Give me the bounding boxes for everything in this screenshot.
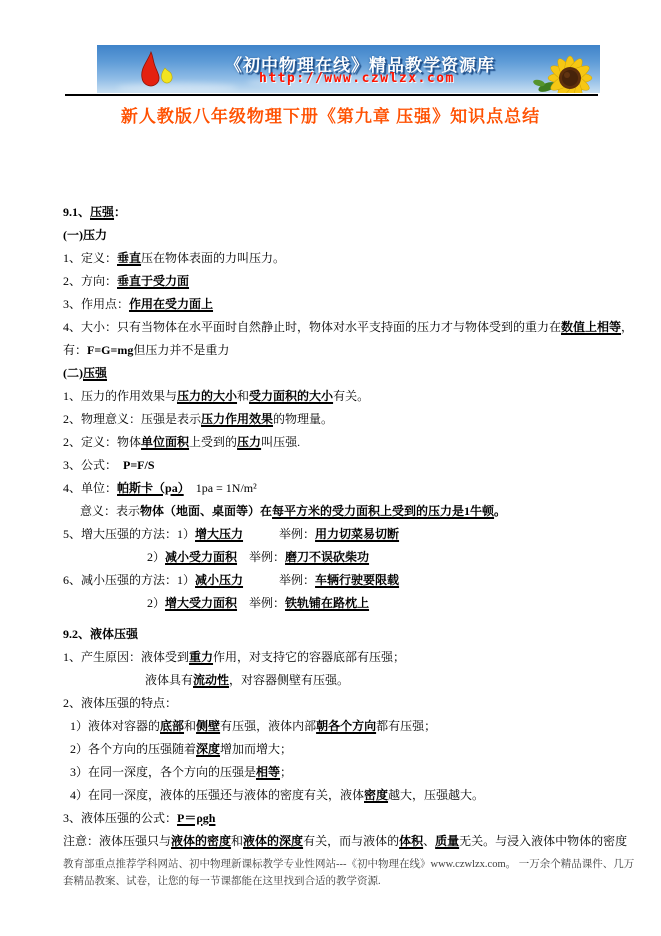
doc-line: 3、公式： P=F/S xyxy=(63,454,648,477)
doc-line: 4、单位：帕斯卡（pa） 1pa = 1N/m² xyxy=(63,477,648,500)
doc-line: 注意：液体压强只与液体的密度和液体的深度有关，而与液体的体积、质量无关。与浸入液… xyxy=(63,830,648,853)
site-banner: 《初中物理在线》精品教学资源库 http://www.czwlzx.com xyxy=(97,45,600,93)
text-run: 密度 xyxy=(364,788,388,802)
text-run: 举例： xyxy=(243,527,315,541)
text-run: 压强 xyxy=(83,366,107,380)
text-run: 体积 xyxy=(399,834,423,848)
text-run: 注意：液体压强只与 xyxy=(63,834,171,848)
text-run: F=G=mg xyxy=(87,343,133,357)
text-run: 液体的深度 xyxy=(243,834,303,848)
document-page: 《初中物理在线》精品教学资源库 http://www.czwlzx.com xyxy=(0,0,661,936)
text-run: 2） xyxy=(147,550,165,564)
text-run: (二) xyxy=(63,366,83,380)
text-run: 垂直于受力面 xyxy=(117,274,189,288)
text-run: ，对容器侧壁有压强。 xyxy=(229,673,349,687)
text-run: 底部 xyxy=(160,719,184,733)
doc-line: 2、定义：物体单位面积上受到的压力叫压强. xyxy=(63,431,648,454)
text-run: 越大，压强越大。 xyxy=(388,788,484,802)
text-run: 受力面积的大小 xyxy=(249,389,333,403)
doc-line: 3、作用点：作用在受力面上 xyxy=(63,293,648,316)
doc-body: 9.1、压强：(一)压力1、定义：垂直压在物体表面的力叫压力。2、方向：垂直于受… xyxy=(63,201,648,853)
text-run: 3）在同一深度，各个方向的压强是 xyxy=(70,765,256,779)
text-run: 2） xyxy=(147,596,165,610)
text-run: 9.2、液体压强 xyxy=(63,627,138,641)
text-run: 物体（地面、桌面等）在 xyxy=(140,504,272,518)
text-run: 车辆行驶要限载 xyxy=(315,573,399,587)
doc-line: 1、产生原因：液体受到重力作用，对支持它的容器底部有压强； xyxy=(63,646,648,669)
text-run: 1、定义： xyxy=(63,251,117,265)
flame-logo-icon xyxy=(135,51,181,91)
doc-line: 6、减小压强的方法：1）减小压力 举例：车辆行驶要限载 xyxy=(63,569,648,592)
text-run: 举例： xyxy=(237,550,285,564)
text-run: 垂直 xyxy=(117,251,141,265)
text-run: 液体具有 xyxy=(145,673,193,687)
text-run: 4、单位： xyxy=(63,481,117,495)
doc-line: 1、压力的作用效果与压力的大小和受力面积的大小有关。 xyxy=(63,385,648,408)
doc-line: 3）在同一深度，各个方向的压强是相等； xyxy=(63,761,648,784)
text-run: 作用，对支持它的容器底部有压强； xyxy=(213,650,405,664)
doc-line: 2、液体压强的特点： xyxy=(63,692,648,715)
doc-line: 2）减小受力面积 举例：磨刀不误砍柴功 xyxy=(63,546,648,569)
footer-line-2: 套精品教案、试卷，让您的每一节课都能在这里找到合适的教学资源. xyxy=(63,873,611,890)
text-run: 6、减小压强的方法：1） xyxy=(63,573,195,587)
text-run: 9.1、 xyxy=(63,205,90,219)
text-run: 1、产生原因：液体受到 xyxy=(63,650,189,664)
text-run: 3、液体压强的公式： xyxy=(63,811,177,825)
banner-site-url: http://www.czwlzx.com xyxy=(259,71,455,86)
text-run: 举例： xyxy=(237,596,285,610)
text-run: 1、压力的作用效果与 xyxy=(63,389,177,403)
header-divider xyxy=(65,94,598,96)
doc-line: 有：F=G=mg但压力并不是重力 xyxy=(63,339,648,362)
text-run: ： xyxy=(114,205,126,219)
text-run: 有关，而与液体的 xyxy=(303,834,399,848)
doc-line: 2）各个方向的压强随着深度增加而增大； xyxy=(63,738,648,761)
text-run: 磨刀不误砍柴功 xyxy=(285,550,369,564)
text-run: 相等 xyxy=(256,765,280,779)
text-run: 增加而增大； xyxy=(220,742,292,756)
text-run: P＝ρgh xyxy=(177,811,215,825)
text-run: 叫压强. xyxy=(261,435,300,449)
text-run: 侧壁 xyxy=(196,719,220,733)
doc-line: 1）液体对容器的底部和侧壁有压强，液体内部朝各个方向都有压强； xyxy=(63,715,648,738)
text-run: 但压力并不是重力 xyxy=(133,343,229,357)
document-title: 新人教版八年级物理下册《第九章 压强》知识点总结 xyxy=(0,102,661,127)
text-run: ， xyxy=(621,320,633,334)
doc-line: 2、物理意义：压强是表示压力作用效果的物理量。 xyxy=(63,408,648,431)
text-run: 和 xyxy=(231,834,243,848)
doc-line: 3、液体压强的公式：P＝ρgh xyxy=(63,807,648,830)
doc-line: 意义：表示物体（地面、桌面等）在每平方米的受力面积上受到的压力是1牛顿。 xyxy=(63,500,648,523)
doc-line: 9.1、压强： xyxy=(63,201,648,224)
text-run: 压强 xyxy=(90,205,114,219)
doc-line: 4）在同一深度，液体的压强还与液体的密度有关，液体密度越大，压强越大。 xyxy=(63,784,648,807)
text-run: 意义：表示 xyxy=(80,504,140,518)
doc-line: 5、增大压强的方法：1）增大压力 举例：用力切菜易切断 xyxy=(63,523,648,546)
text-run: 举例： xyxy=(243,573,315,587)
text-run: 和 xyxy=(184,719,196,733)
text-run: 帕斯卡（pa） xyxy=(117,481,184,495)
text-run: 流动性 xyxy=(193,673,229,687)
text-run: (一)压力 xyxy=(63,228,107,242)
text-run: 增大压力 xyxy=(195,527,243,541)
text-run: 1）液体对容器的 xyxy=(70,719,160,733)
text-run: 有压强，液体内部 xyxy=(220,719,316,733)
footer-line-1: 教育部重点推荐学科网站、初中物理新课标教学专业性网站---《初中物理在线》www… xyxy=(63,856,611,873)
doc-line: 1、定义：垂直压在物体表面的力叫压力。 xyxy=(63,247,648,270)
text-run: 和 xyxy=(237,389,249,403)
text-run: 压力的大小 xyxy=(177,389,237,403)
text-run: 有： xyxy=(63,343,87,357)
text-run: 增大受力面积 xyxy=(165,596,237,610)
text-run: 深度 xyxy=(196,742,220,756)
text-run: 压力作用效果 xyxy=(201,412,273,426)
text-run: 作用在受力面上 xyxy=(129,297,213,311)
text-run: ； xyxy=(280,765,292,779)
text-run: 质量 xyxy=(435,834,459,848)
text-run: 数值上相等 xyxy=(561,320,621,334)
text-run: 3、作用点： xyxy=(63,297,129,311)
text-run: 有关。 xyxy=(333,389,369,403)
text-run: 1pa = 1N/m² xyxy=(184,481,257,495)
text-run: 上受到的 xyxy=(189,435,237,449)
text-run: 重力 xyxy=(189,650,213,664)
text-run: P=F/S xyxy=(123,458,155,472)
text-run: 5、增大压强的方法：1） xyxy=(63,527,195,541)
text-run: 3、公式： xyxy=(63,458,123,472)
sunflower-icon xyxy=(525,47,600,93)
text-run: 无关。与浸入液体中物体的密度 xyxy=(459,834,627,848)
text-run: 4）在同一深度，液体的压强还与液体的密度有关，液体 xyxy=(70,788,364,802)
text-run: 压力 xyxy=(237,435,261,449)
text-run: 2、液体压强的特点： xyxy=(63,696,177,710)
text-run: 铁轨铺在路枕上 xyxy=(285,596,369,610)
text-run: 2、物理意义：压强是表示 xyxy=(63,412,201,426)
text-run: 4、大小：只有当物体在水平面时自然静止时，物体对水平支持面的压力才与物体受到的重… xyxy=(63,320,561,334)
text-run: 都有压强； xyxy=(376,719,436,733)
doc-line: 2、方向：垂直于受力面 xyxy=(63,270,648,293)
text-run: 用力切菜易切断 xyxy=(315,527,399,541)
doc-line: 2）增大受力面积 举例：铁轨铺在路枕上 xyxy=(63,592,648,615)
doc-line: (二)压强 xyxy=(63,362,648,385)
text-run: 减小压力 xyxy=(195,573,243,587)
text-run: 每平方米的受力面积上受到的压力是1牛顿 xyxy=(272,504,494,518)
text-run: 液体的密度 xyxy=(171,834,231,848)
text-run: 2、定义：物体 xyxy=(63,435,141,449)
doc-line: 液体具有流动性，对容器侧壁有压强。 xyxy=(63,669,648,692)
text-run: 。 xyxy=(494,504,506,518)
text-run: 、 xyxy=(423,834,435,848)
doc-line: 9.2、液体压强 xyxy=(63,623,648,646)
text-run: 朝各个方向 xyxy=(316,719,376,733)
doc-line: 4、大小：只有当物体在水平面时自然静止时，物体对水平支持面的压力才与物体受到的重… xyxy=(63,316,648,339)
text-run: 单位面积 xyxy=(141,435,189,449)
text-run: 2）各个方向的压强随着 xyxy=(70,742,196,756)
text-run: 压在物体表面的力叫压力。 xyxy=(141,251,285,265)
text-run: 2、方向： xyxy=(63,274,117,288)
text-run: 减小受力面积 xyxy=(165,550,237,564)
page-footer: 教育部重点推荐学科网站、初中物理新课标教学专业性网站---《初中物理在线》www… xyxy=(63,856,611,890)
doc-line: (一)压力 xyxy=(63,224,648,247)
text-run: 的物理量。 xyxy=(273,412,333,426)
